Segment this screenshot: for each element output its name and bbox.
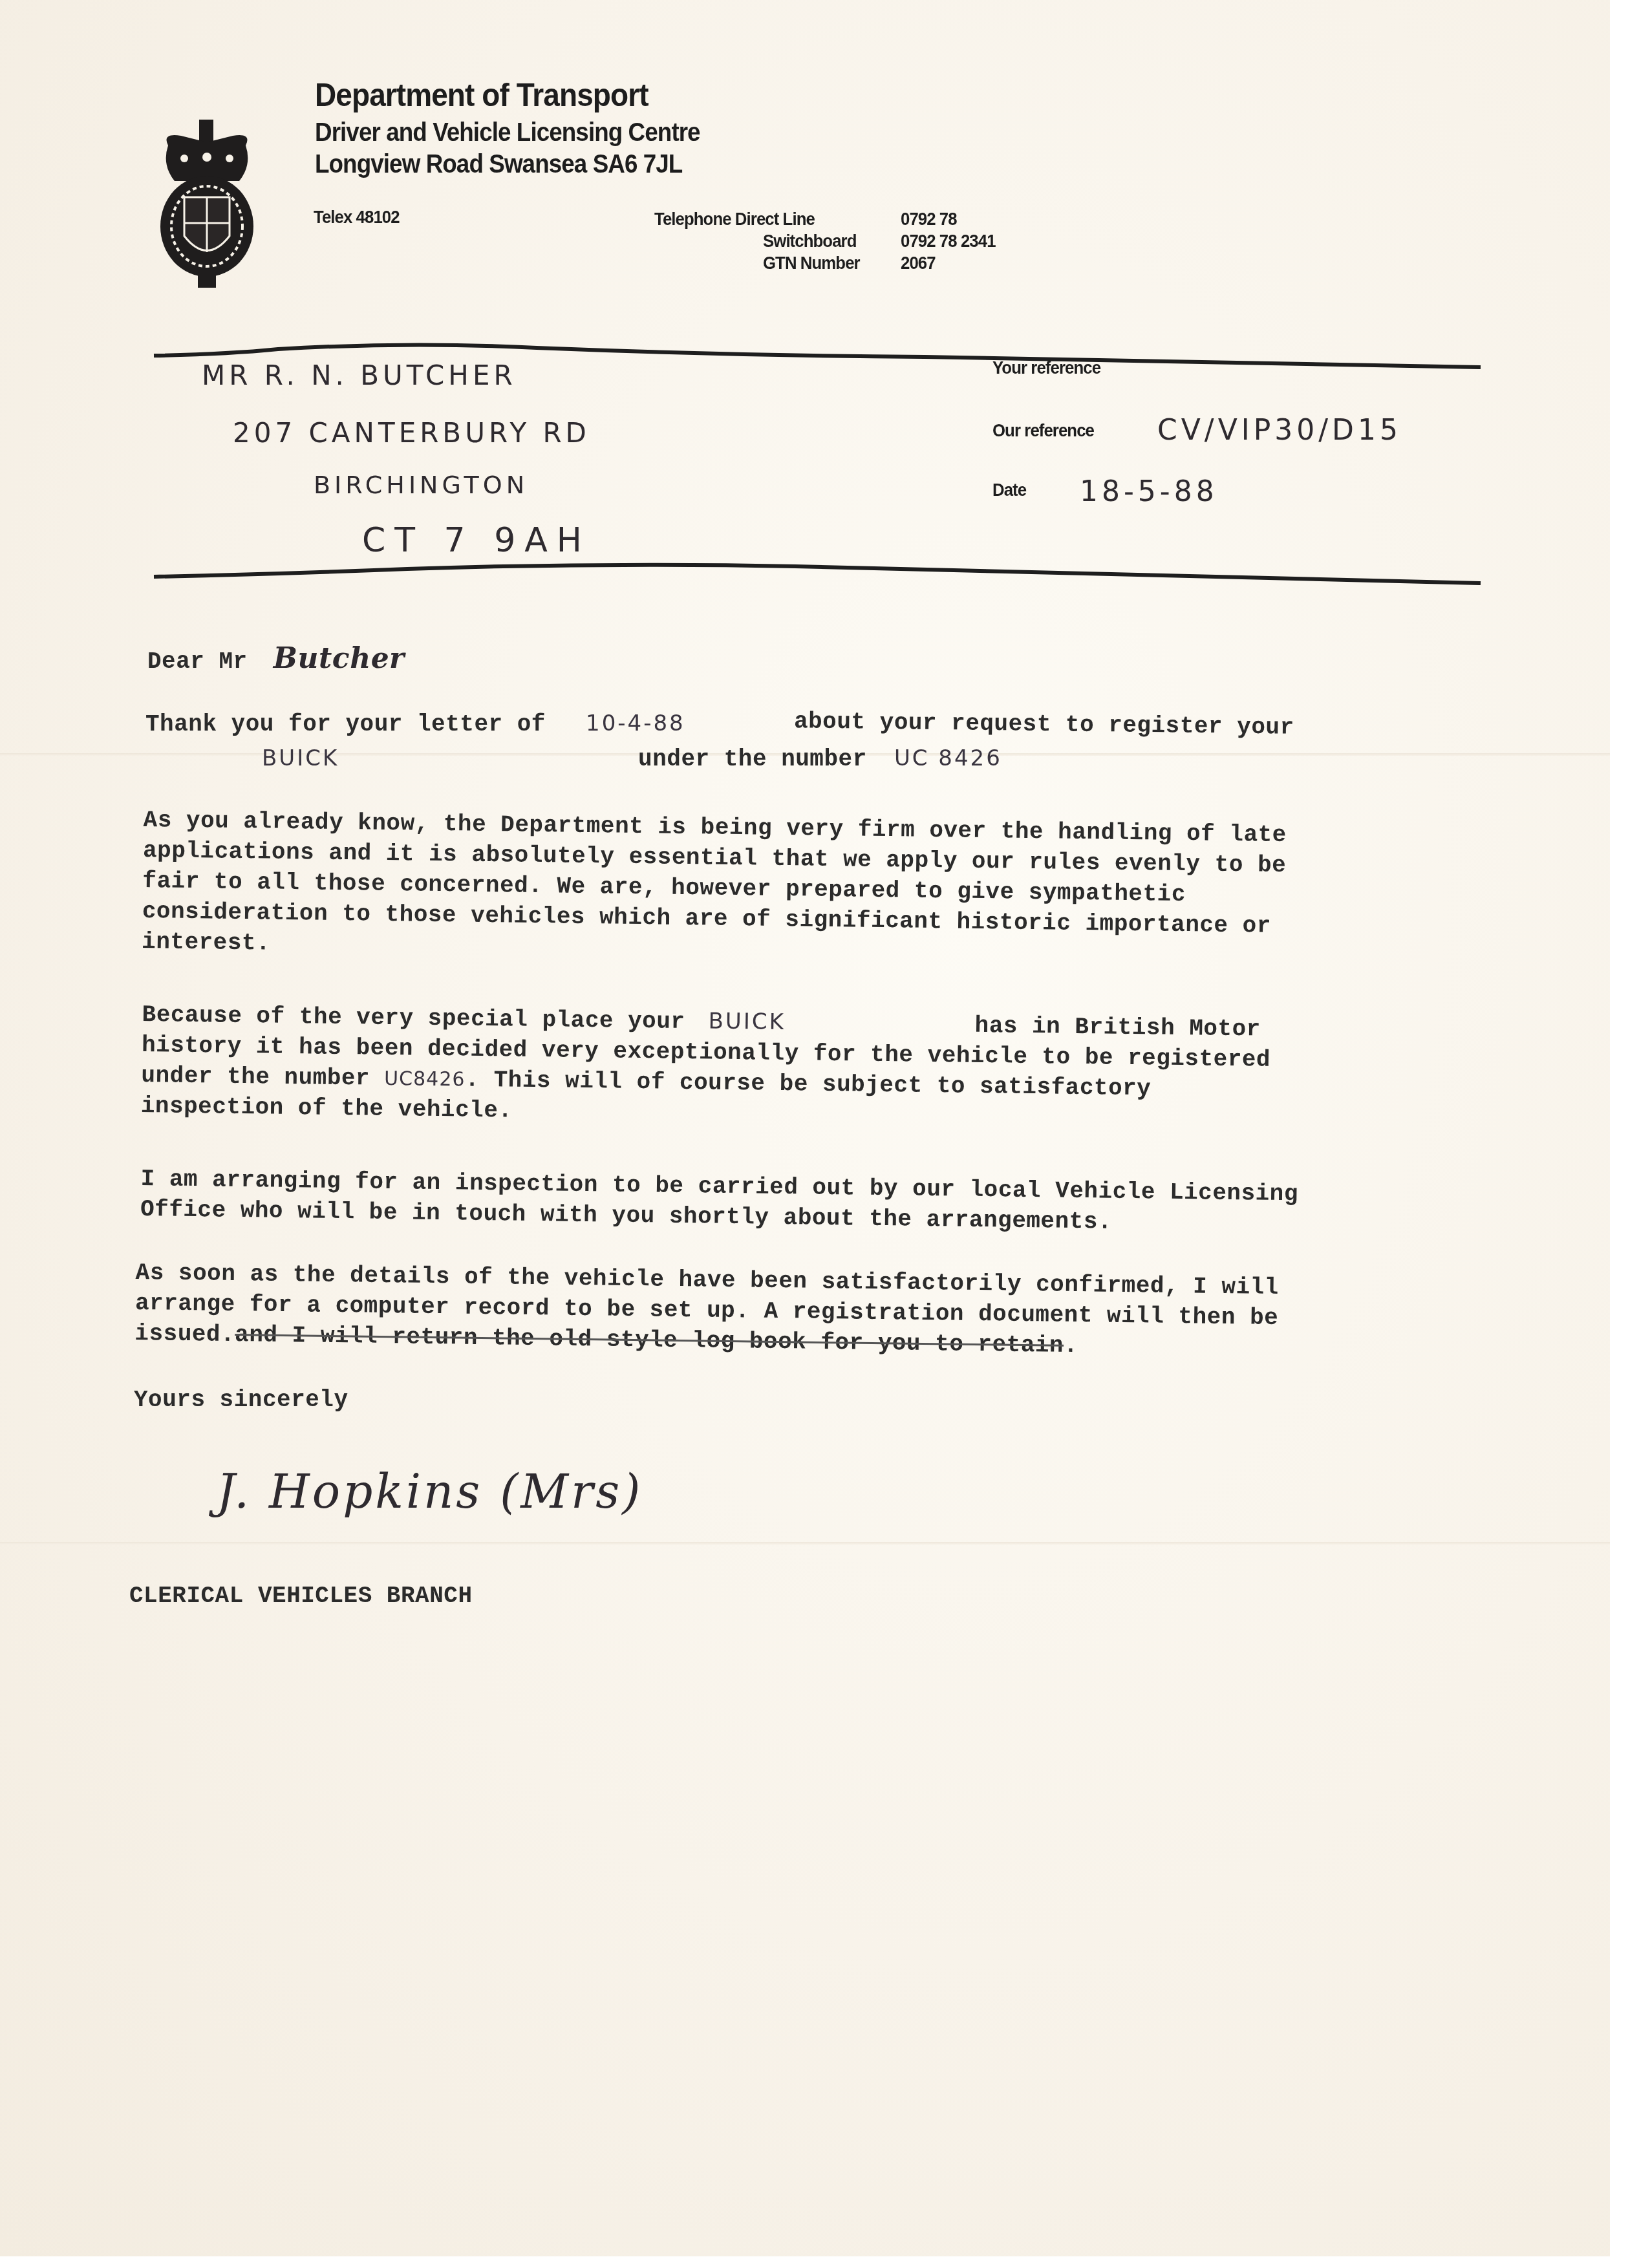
salutation: Dear Mr Butcher — [147, 643, 405, 677]
paragraph-2: As you already know, the Department is b… — [142, 805, 1287, 972]
recipient-town: BIRCHINGTON — [314, 471, 528, 499]
branch-name: CLERICAL VEHICLES BRANCH — [129, 1581, 472, 1611]
recipient-name: MR R. N. BUTCHER — [202, 359, 517, 391]
salutation-name: Butcher — [273, 642, 405, 675]
recipient-postcode: CT 7 9AH — [362, 521, 591, 560]
paragraph-5: As soon as the details of the vehicle ha… — [134, 1257, 1279, 1364]
paragraph-3: Because of the very special place your B… — [141, 999, 1272, 1136]
vehicle-make-fill: BUICK — [145, 744, 624, 774]
switchboard-value: 0792 78 2341 — [901, 231, 996, 251]
our-reference-label: Our reference — [992, 420, 1094, 441]
paper-fold — [0, 1542, 1610, 1545]
telephone-value: 0792 78 — [901, 209, 957, 230]
telex-number: Telex 48102 — [314, 207, 400, 228]
paragraph-4: I am arranging for an inspection to be c… — [140, 1164, 1298, 1239]
recipient-street: 207 CANTERBURY RD — [233, 417, 590, 449]
royal-coat-of-arms-icon — [155, 120, 259, 288]
our-reference-value: CV/VIP30/D15 — [1157, 414, 1402, 447]
date-value: 18-5-88 — [1080, 475, 1218, 508]
date-label: Date — [992, 480, 1026, 500]
paragraph-1-line-2: BUICK under the number UC 8426 — [145, 744, 1002, 775]
letterhead-address: Longview Road Swansea SA6 7JL — [315, 150, 682, 179]
gtn-label: GTN Number — [763, 253, 860, 273]
vehicle-make-fill: BUICK — [699, 1006, 961, 1040]
signature: J. Hopkins (Mrs) — [217, 1464, 643, 1519]
telephone-label: Telephone Direct Line — [654, 209, 815, 230]
switchboard-label: Switchboard — [763, 231, 856, 251]
gtn-value: 2067 — [901, 253, 936, 273]
centre-name: Driver and Vehicle Licensing Centre — [315, 118, 700, 147]
paragraph-1-line-1: Thank you for your letter of 10-4-88 abo… — [145, 709, 1294, 740]
registration-number-fill: UC8426 — [384, 1067, 466, 1091]
salutation-prefix: Dear Mr — [147, 648, 248, 675]
department-name: Department of Transport — [315, 76, 648, 114]
your-reference-label: Your reference — [992, 358, 1100, 378]
closing: Yours sincerely — [134, 1385, 348, 1415]
letter-page: Department of Transport Driver and Vehic… — [0, 0, 1610, 2256]
registration-number-fill: UC 8426 — [894, 745, 1002, 771]
letter-date-fill: 10-4-88 — [560, 709, 780, 739]
